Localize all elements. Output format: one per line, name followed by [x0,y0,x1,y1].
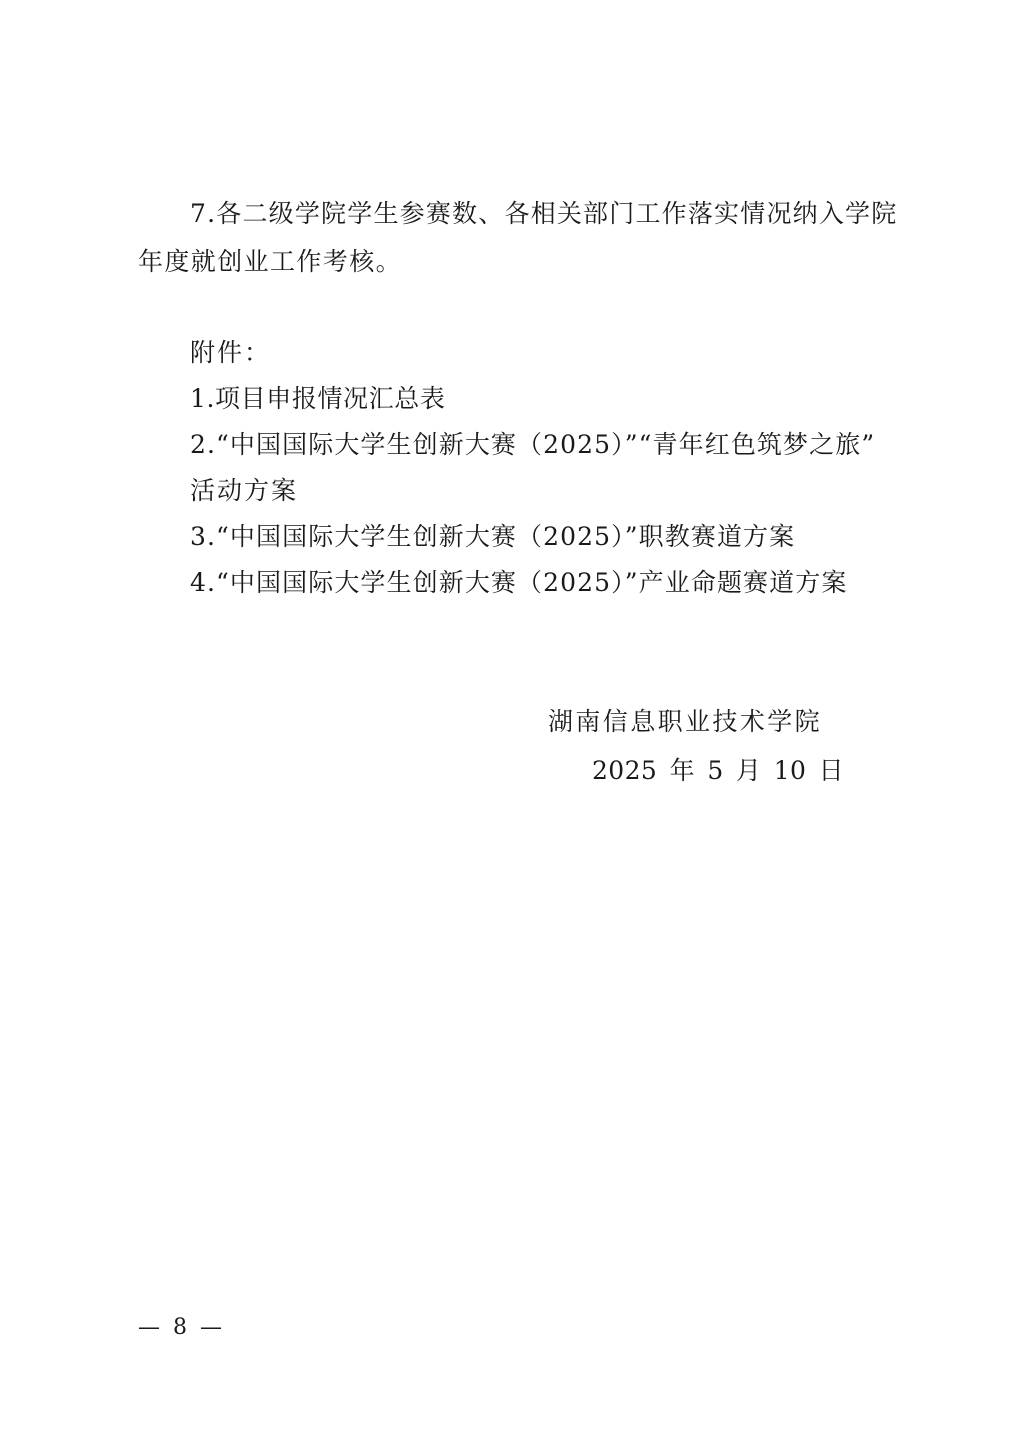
document-page: 7.各二级学院学生参赛数、各相关部门工作落实情况纳入学院 年度就创业工作考核。 … [0,0,1024,1448]
attachment-item-3: 3.“中国国际大学生创新大赛（2025）”职教赛道方案 [190,520,795,554]
page-number: — 8 — [138,1313,222,1343]
paragraph-item-7-continuation: 年度就创业工作考核。 [138,245,402,279]
attachment-item-2-continuation: 活动方案 [190,474,298,508]
attachment-item-2: 2.“中国国际大学生创新大赛（2025）”“青年红色筑梦之旅” [190,428,875,462]
signature-date: 2025 年 5 月 10 日 [592,754,844,788]
paragraph-item-7: 7.各二级学院学生参赛数、各相关部门工作落实情况纳入学院 [190,197,910,231]
attachment-item-4: 4.“中国国际大学生创新大赛（2025）”产业命题赛道方案 [190,566,847,600]
signature-organization: 湖南信息职业技术学院 [548,705,822,739]
attachment-item-1: 1.项目申报情况汇总表 [190,382,445,416]
attachments-label: 附件： [190,336,271,370]
